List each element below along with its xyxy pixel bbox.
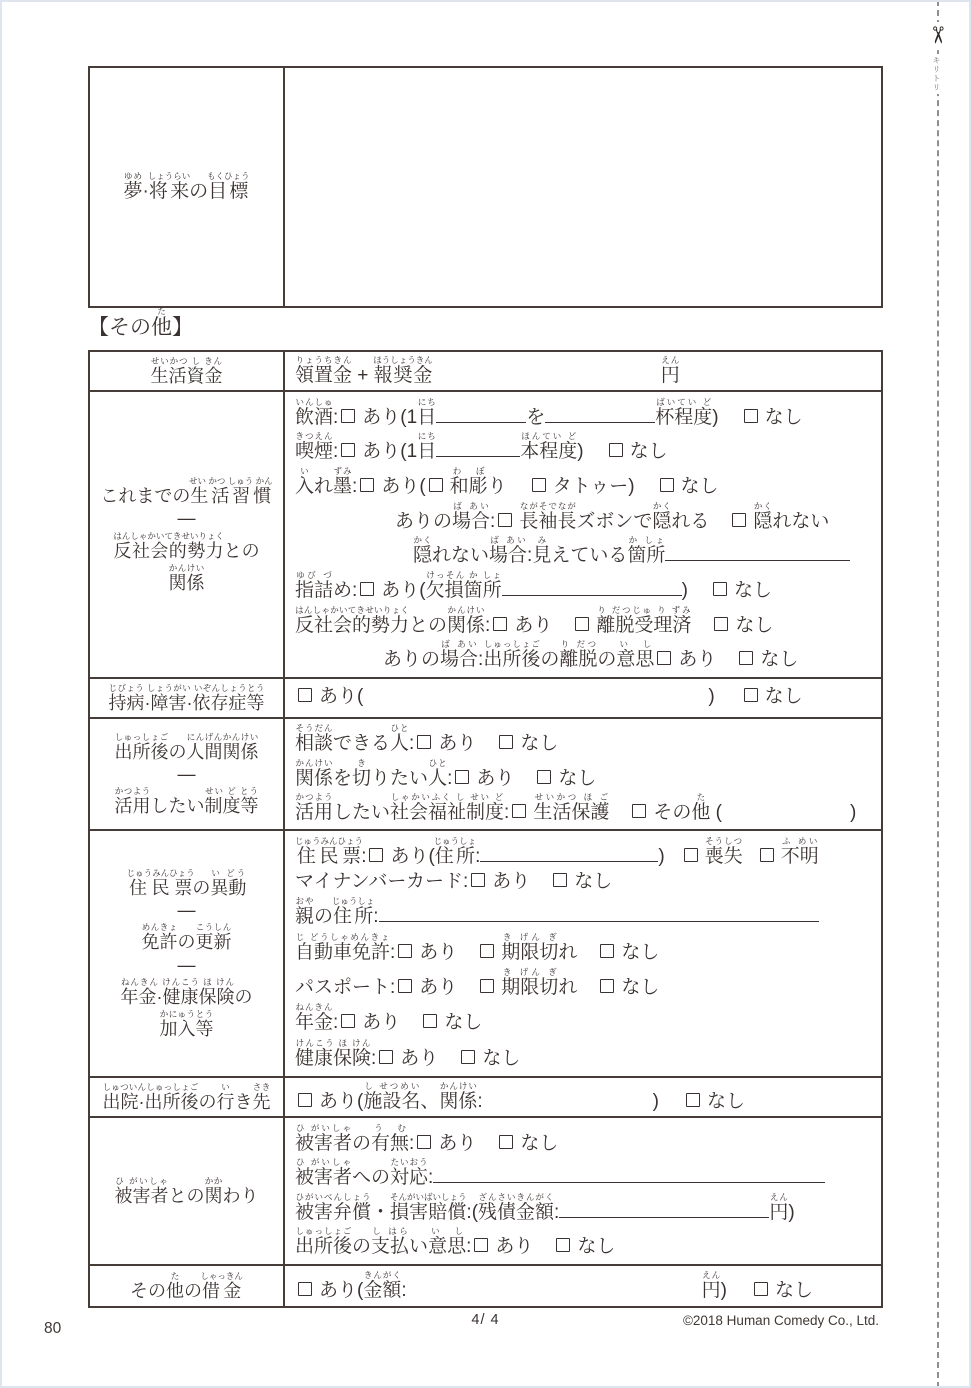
ruby-text: 期限切き げん ぎ xyxy=(501,942,558,963)
ruby-text: 加入等かにゅうとう xyxy=(160,1019,214,1039)
ruby-text: 自動車免許じ どうしゃめんきょ xyxy=(295,942,390,963)
ruby-text: 活用かつよう xyxy=(295,802,333,823)
ruby-text: 日にち xyxy=(417,407,436,428)
ruby-text: 和彫わ ぼ xyxy=(450,476,488,497)
ruby-text: 損害賠償そんがいばいしょう xyxy=(390,1202,466,1223)
ruby-text: 免許めんきょ xyxy=(142,932,178,952)
row-label: 出院·出所後しゅついんしゅっしょごの行いき先さき xyxy=(90,1078,285,1116)
ruby-text: 対応たいおう xyxy=(390,1167,428,1188)
checkbox[interactable] xyxy=(754,1282,768,1296)
ruby-text: 見み xyxy=(532,545,551,566)
form-line: ありの場合ば あい:長袖長ながそでながズボンで隠かくれる隠かくれない xyxy=(295,501,881,533)
checkbox[interactable] xyxy=(398,944,412,958)
checkbox[interactable] xyxy=(298,688,312,702)
section-heading-other: 【その他た】 xyxy=(88,306,193,341)
ruby-text: 場合ば あい xyxy=(452,511,490,532)
form-line: 指詰ゆび づめ:あり(欠損箇所けっそん か しょ)なし xyxy=(295,570,881,602)
ruby-text: 金額きんがく xyxy=(363,1280,401,1301)
checkbox[interactable] xyxy=(423,1014,437,1028)
form-line: 出院·出所後しゅついんしゅっしょごの行いき先さき xyxy=(103,1082,271,1112)
row-content: 被害者ひ がいしゃの有無う む:ありなし被害者ひ がいしゃへの対応たいおう:被害… xyxy=(285,1118,881,1264)
ruby-text: 長袖長ながそでなが xyxy=(519,511,576,532)
form-line: 被害弁償ひがいべんしょう・損害賠償そんがいばいしょう:(残債金額ざんさいきんがく… xyxy=(295,1192,881,1224)
ruby-text: 相談そうだん xyxy=(295,733,333,754)
dream-goal-input-area[interactable] xyxy=(285,68,881,306)
row-involvement-with-victims: 被害者ひ がいしゃとの関かかわり 被害者ひ がいしゃの有無う む:ありなし被害者… xyxy=(90,1118,881,1266)
ruby-text: 関係かんけい xyxy=(439,1091,477,1112)
row-content: 領置金りょうちきん + 報奨金ほうしょうきん円えん xyxy=(285,352,881,390)
ruby-text: 飲酒いんしゅ xyxy=(295,407,333,428)
checkbox[interactable] xyxy=(600,979,614,993)
blank-line[interactable] xyxy=(665,544,850,561)
ruby-text: 円えん xyxy=(769,1202,788,1223)
checkbox[interactable] xyxy=(360,582,374,596)
ruby-text: 欠損箇所けっそん か しょ xyxy=(426,580,502,601)
ruby-text: 指詰ゆび づ xyxy=(295,580,333,601)
checkbox[interactable] xyxy=(537,770,551,784)
checkbox[interactable] xyxy=(499,1135,513,1149)
ruby-text: 日にち xyxy=(417,441,436,462)
checkbox[interactable] xyxy=(660,478,674,492)
ruby-text: 施設名し せつめい xyxy=(363,1091,420,1112)
form-line: ― xyxy=(178,508,196,528)
form-line: マイナンバーカード:ありなし xyxy=(295,872,881,893)
ruby-text: 喫煙きつえん xyxy=(295,441,333,462)
ruby-text: 残債金額ざんさいきんがく xyxy=(478,1202,554,1223)
ruby-text: 夢ゆめ xyxy=(123,181,142,202)
checkbox[interactable] xyxy=(532,478,546,492)
row-content: 飲酒いんしゅ:あり(1日にちを杯程度ばいてい ど)なし喫煙きつえん:あり(1日に… xyxy=(285,392,881,677)
checkbox[interactable] xyxy=(714,617,728,631)
ruby-text: 被害者ひ がいしゃ xyxy=(295,1167,352,1188)
ruby-text: 先さき xyxy=(253,1092,271,1112)
row-label: 生活資金せいかつ し きん xyxy=(90,352,285,390)
ruby-text: 持病·障害·依存症等じびょう しょうがい いぞんしょうとう xyxy=(109,693,265,713)
ruby-text: 関かか xyxy=(205,1186,223,1206)
checkbox[interactable] xyxy=(498,513,512,527)
checkbox[interactable] xyxy=(341,1014,355,1028)
checkbox[interactable] xyxy=(499,735,513,749)
blank-line[interactable] xyxy=(436,440,520,457)
checkbox[interactable] xyxy=(760,848,774,862)
ruby-text: 健康保険けんこう ほ けん xyxy=(295,1048,371,1069)
dream-goal-label: 夢ゆめ·将来しょうらいの目標もくひょう xyxy=(90,68,285,306)
form-line: 関係かんけい xyxy=(169,563,205,593)
ruby-text: 関係かんけい xyxy=(169,573,205,593)
ruby-text: 住所じゅうしょ xyxy=(333,906,373,927)
ruby-text: 人ひと xyxy=(390,733,409,754)
form-line: 自動車免許じ どうしゃめんきょ:あり期限切き げん ぎれなし xyxy=(295,932,881,964)
ruby-text: 支払し はら xyxy=(371,1236,409,1257)
ruby-text: 生活保護せいかつ ほ ご xyxy=(533,802,609,823)
ruby-text: 借金しゃっきん xyxy=(202,1281,243,1301)
other-info-table: 生活資金せいかつ し きん 領置金りょうちきん + 報奨金ほうしょうきん円えん … xyxy=(88,350,883,1308)
scissors-icon: ✂ xyxy=(925,22,951,48)
form-line: 出所後しゅっしょごの人間関係にんげんかんけい xyxy=(115,732,259,762)
row-destination-after-release: 出院·出所後しゅついんしゅっしょごの行いき先さき あり(施設名し せつめい、関係… xyxy=(90,1078,881,1118)
checkbox[interactable] xyxy=(493,617,507,631)
ruby-text: 人間関係にんげんかんけい xyxy=(187,742,259,762)
row-relationships-after-release: 出所後しゅっしょごの人間関係にんげんかんけい―活用かつようしたい制度等せい ど … xyxy=(90,719,881,831)
ruby-text: 領置金りょうちきん xyxy=(295,365,352,386)
row-chronic-illness: 持病·障害·依存症等じびょう しょうがい いぞんしょうとう あり()なし xyxy=(90,679,881,719)
ruby-text: 意思い し xyxy=(428,1236,466,1257)
page-number: 80 xyxy=(44,1320,61,1338)
kiritori-label: キリトリ xyxy=(931,54,942,94)
checkbox[interactable] xyxy=(455,770,469,784)
form-line: 住民票じゅうみんひょうの異動い どう xyxy=(127,868,247,898)
form-line: 出所後しゅっしょごの支払し はらい意思い し:ありなし xyxy=(295,1226,881,1258)
row-content: あり(金額きんがく:円えん)なし xyxy=(285,1266,881,1306)
ruby-text: 箇所か しょ xyxy=(627,545,665,566)
form-line: 住民票じゅうみんひょう:あり(住所じゅうしょ:)喪失そうしつ不明ふ めい xyxy=(295,836,881,868)
ruby-text: 他た xyxy=(166,1281,184,1301)
checkbox[interactable] xyxy=(684,848,698,862)
blank-line[interactable] xyxy=(379,905,819,922)
ruby-text: 隠かく xyxy=(652,511,671,532)
checkbox[interactable] xyxy=(632,804,646,818)
row-label: 被害者ひ がいしゃとの関かかわり xyxy=(90,1118,285,1264)
form-line: 被害者ひ がいしゃの有無う む:ありなし xyxy=(295,1123,881,1155)
form-line: 免許めんきょの更新こうしん xyxy=(142,922,232,952)
checkbox[interactable] xyxy=(379,1050,393,1064)
form-line: ― xyxy=(178,900,196,920)
ruby-text: 異動い どう xyxy=(210,878,246,898)
ruby-text: 本程度ほんてい ど xyxy=(520,441,577,462)
ruby-text: 不明ふ めい xyxy=(781,846,819,867)
ruby-text: 杯程度ばいてい ど xyxy=(655,407,712,428)
form-line: 被害者ひ がいしゃへの対応たいおう: xyxy=(295,1157,881,1189)
form-line: 関係かんけいを切きりたい人ひと:ありなし xyxy=(295,758,881,790)
ruby-text: 円えん xyxy=(702,1280,721,1301)
ruby-text: 活用かつよう xyxy=(115,796,151,816)
row-label: これまでの生活習慣せい かつ しゅう かん―反社会的勢力はんしゃかいてきせいりょ… xyxy=(90,392,285,677)
cut-line xyxy=(937,0,939,1388)
form-line: 活用かつようしたい制度等せい ど とう xyxy=(115,786,259,816)
ruby-text: 意思い し xyxy=(616,649,654,670)
form-line: その他たの借金しゃっきん xyxy=(130,1271,243,1301)
checkbox[interactable] xyxy=(744,688,758,702)
ruby-text: 住民票じゅうみんひょう xyxy=(127,878,193,898)
checkbox[interactable] xyxy=(686,1093,700,1107)
checkbox[interactable] xyxy=(609,443,623,457)
form-line: 相談そうだんできる人ひと:ありなし xyxy=(295,723,881,755)
ruby-text: 出所後しゅっしょご xyxy=(295,1236,352,1257)
form-line: ― xyxy=(178,955,196,975)
checkbox[interactable] xyxy=(417,735,431,749)
ruby-text: 年金ねんきん xyxy=(295,1012,333,1033)
checkbox[interactable] xyxy=(480,979,494,993)
form-line: 喫煙きつえん:あり(1日にち本程度ほんてい ど)なし xyxy=(295,431,881,463)
checkbox[interactable] xyxy=(512,804,526,818)
blank-line[interactable] xyxy=(436,406,526,423)
checkbox[interactable] xyxy=(298,1093,312,1107)
checkbox[interactable] xyxy=(471,873,485,887)
ruby-text: 場合ば あい xyxy=(440,649,478,670)
ruby-text: 制度等せい ど とう xyxy=(205,796,259,816)
form-line: 活用かつようしたい社会福祉制度しゃかいふく し せい ど:生活保護せいかつ ほ … xyxy=(295,792,881,824)
ruby-text: 報奨金ほうしょうきん xyxy=(374,365,433,386)
checkbox[interactable] xyxy=(369,848,383,862)
form-line: あり(金額きんがく:円えん)なし xyxy=(295,1270,881,1302)
ruby-text: 反社会的勢力はんしゃかいてきせいりょく xyxy=(295,615,409,636)
ruby-text: 他た xyxy=(151,316,172,339)
ruby-text: 更新こうしん xyxy=(196,932,232,952)
checkbox[interactable] xyxy=(298,1282,312,1296)
checkbox[interactable] xyxy=(732,513,746,527)
ruby-text: 被害者ひ がいしゃ xyxy=(295,1133,352,1154)
ruby-text: 出所後しゅっしょご xyxy=(115,742,169,762)
form-line: 隠かくれない場合ば あい:見みえている箇所か しょ xyxy=(295,535,881,567)
ruby-text: 出院·出所後しゅついんしゅっしょご xyxy=(103,1092,199,1112)
ruby-text: 年金·健康保険ねんきん けんこう ほ けん xyxy=(121,987,235,1007)
checkbox[interactable] xyxy=(556,1238,570,1252)
row-label: 出所後しゅっしょごの人間関係にんげんかんけい―活用かつようしたい制度等せい ど … xyxy=(90,719,285,829)
ruby-text: 将来しょうらい xyxy=(149,181,189,202)
ruby-text: 行い xyxy=(217,1092,235,1112)
row-content: 住民票じゅうみんひょう:あり(住所じゅうしょ:)喪失そうしつ不明ふ めいマイナン… xyxy=(285,831,881,1076)
ruby-text: 円えん xyxy=(661,365,680,386)
row-content: あり()なし xyxy=(285,679,881,717)
form-line: 健康保険けんこう ほ けん:ありなし xyxy=(295,1038,881,1070)
form-line: 親おやの住所じゅうしょ: xyxy=(295,896,881,928)
checkbox[interactable] xyxy=(474,1238,488,1252)
ruby-text: 離脱受理済り だつじゅ り ずみ xyxy=(596,615,691,636)
form-line: あり()なし xyxy=(295,687,881,708)
row-content: あり(施設名し せつめい、関係かんけい:)なし xyxy=(285,1078,881,1116)
form-line: 反社会的勢力はんしゃかいてきせいりょくとの xyxy=(113,531,259,561)
ruby-text: 目標もくひょう xyxy=(208,181,249,202)
blank-line[interactable] xyxy=(502,579,682,596)
form-line: これまでの生活習慣せい かつ しゅう かん xyxy=(100,476,272,506)
form-line: 反社会的勢力はんしゃかいてきせいりょくとの関係かんけい:あり離脱受理済り だつじ… xyxy=(295,605,881,637)
ruby-text: 親おや xyxy=(295,906,314,927)
checkbox[interactable] xyxy=(341,409,355,423)
ruby-text: 反社会的勢力はんしゃかいてきせいりょく xyxy=(113,541,223,561)
checkbox[interactable] xyxy=(360,478,374,492)
ruby-text: 有無う む xyxy=(371,1133,409,1154)
form-line: 加入等かにゅうとう xyxy=(160,1009,214,1039)
form-line: パスポート:あり期限切き げん ぎれなし xyxy=(295,967,881,999)
row-content: 相談そうだんできる人ひと:ありなし関係かんけいを切きりたい人ひと:ありなし活用か… xyxy=(285,719,881,829)
ruby-text: 関係かんけい xyxy=(447,615,485,636)
checkbox[interactable] xyxy=(341,443,355,457)
ruby-text: 出所後しゅっしょご xyxy=(483,649,540,670)
ruby-text: 住所じゅうしょ xyxy=(435,846,475,867)
ruby-text: 関係かんけい xyxy=(295,768,333,789)
checkbox[interactable] xyxy=(461,1050,475,1064)
form-line: 持病·障害·依存症等じびょう しょうがい いぞんしょうとう xyxy=(109,683,265,713)
checkbox[interactable] xyxy=(480,944,494,958)
blank-line[interactable] xyxy=(559,1201,769,1218)
row-label: 住民票じゅうみんひょうの異動い どう―免許めんきょの更新こうしん―年金·健康保険… xyxy=(90,831,285,1076)
ruby-text: 被害弁償ひがいべんしょう xyxy=(295,1202,371,1223)
checkbox[interactable] xyxy=(575,617,589,631)
blank-line[interactable] xyxy=(433,1166,825,1183)
ruby-text: 切き xyxy=(352,768,371,789)
row-life-habits-antisocial: これまでの生活習慣せい かつ しゅう かん―反社会的勢力はんしゃかいてきせいりょ… xyxy=(90,392,881,679)
row-label: 持病·障害·依存症等じびょう しょうがい いぞんしょうとう xyxy=(90,679,285,717)
form-line: 入いれ墨ずみ:あり(和彫わ ぼりタトゥー)なし xyxy=(295,466,881,498)
dream-goal-table: 夢ゆめ·将来しょうらいの目標もくひょう xyxy=(88,66,883,308)
checkbox[interactable] xyxy=(744,409,758,423)
ruby-text: 隠かく xyxy=(753,511,772,532)
ruby-text: 他た xyxy=(691,802,710,823)
checkbox[interactable] xyxy=(417,1135,431,1149)
row-label: その他たの借金しゃっきん xyxy=(90,1266,285,1306)
checkbox[interactable] xyxy=(739,651,753,665)
form-line: 生活資金せいかつ し きん xyxy=(151,356,223,386)
row-resident-record-license-pension: 住民票じゅうみんひょうの異動い どう―免許めんきょの更新こうしん―年金·健康保険… xyxy=(90,831,881,1078)
copyright-text: ©2018 Human Comedy Co., Ltd. xyxy=(683,1313,879,1328)
ruby-text: 住民票じゅうみんひょう xyxy=(295,846,361,867)
form-line: 飲酒いんしゅ:あり(1日にちを杯程度ばいてい ど)なし xyxy=(295,397,881,429)
form-line: ― xyxy=(178,764,196,784)
ruby-text: 人ひと xyxy=(428,768,447,789)
form-line: 年金·健康保険ねんきん けんこう ほ けんの xyxy=(121,977,253,1007)
checkbox[interactable] xyxy=(429,478,443,492)
ruby-text: 生活資金せいかつ し きん xyxy=(151,366,223,386)
ruby-text: 墨ずみ xyxy=(333,476,352,497)
ruby-text: 場合ば あい xyxy=(489,545,527,566)
row-living-funds: 生活資金せいかつ し きん 領置金りょうちきん + 報奨金ほうしょうきん円えん xyxy=(90,352,881,392)
form-line: あり(施設名し せつめい、関係かんけい:)なし xyxy=(295,1081,881,1113)
ruby-text: 期限切き げん ぎ xyxy=(501,977,558,998)
checkbox[interactable] xyxy=(657,651,671,665)
ruby-text: 離脱り だつ xyxy=(559,649,597,670)
ruby-text: 社会福祉制度しゃかいふく し せい ど xyxy=(390,802,504,823)
checkbox[interactable] xyxy=(553,873,567,887)
ruby-text: 喪失そうしつ xyxy=(705,846,743,867)
form-line: 被害者ひ がいしゃとの関かかわり xyxy=(115,1176,259,1206)
checkbox[interactable] xyxy=(600,944,614,958)
form-line: ありの場合ば あい:出所後しゅっしょごの離脱り だつの意思い しありなし xyxy=(295,639,881,671)
checkbox[interactable] xyxy=(398,979,412,993)
ruby-text: 被害者ひ がいしゃ xyxy=(115,1186,169,1206)
row-other-debts: その他たの借金しゃっきん あり(金額きんがく:円えん)なし xyxy=(90,1266,881,1306)
ruby-text: 入い xyxy=(295,476,314,497)
form-line: 夢ゆめ·将来しょうらいの目標もくひょう xyxy=(123,171,249,202)
blank-line[interactable] xyxy=(480,845,658,862)
form-line: 年金ねんきん:ありなし xyxy=(295,1002,881,1034)
ruby-text: 生活習慣せい かつ しゅう かん xyxy=(190,486,272,506)
checkbox[interactable] xyxy=(713,582,727,596)
ruby-text: 隠かく xyxy=(413,545,432,566)
form-line: 領置金りょうちきん + 報奨金ほうしょうきん円えん xyxy=(295,355,881,387)
blank-line[interactable] xyxy=(545,406,655,423)
